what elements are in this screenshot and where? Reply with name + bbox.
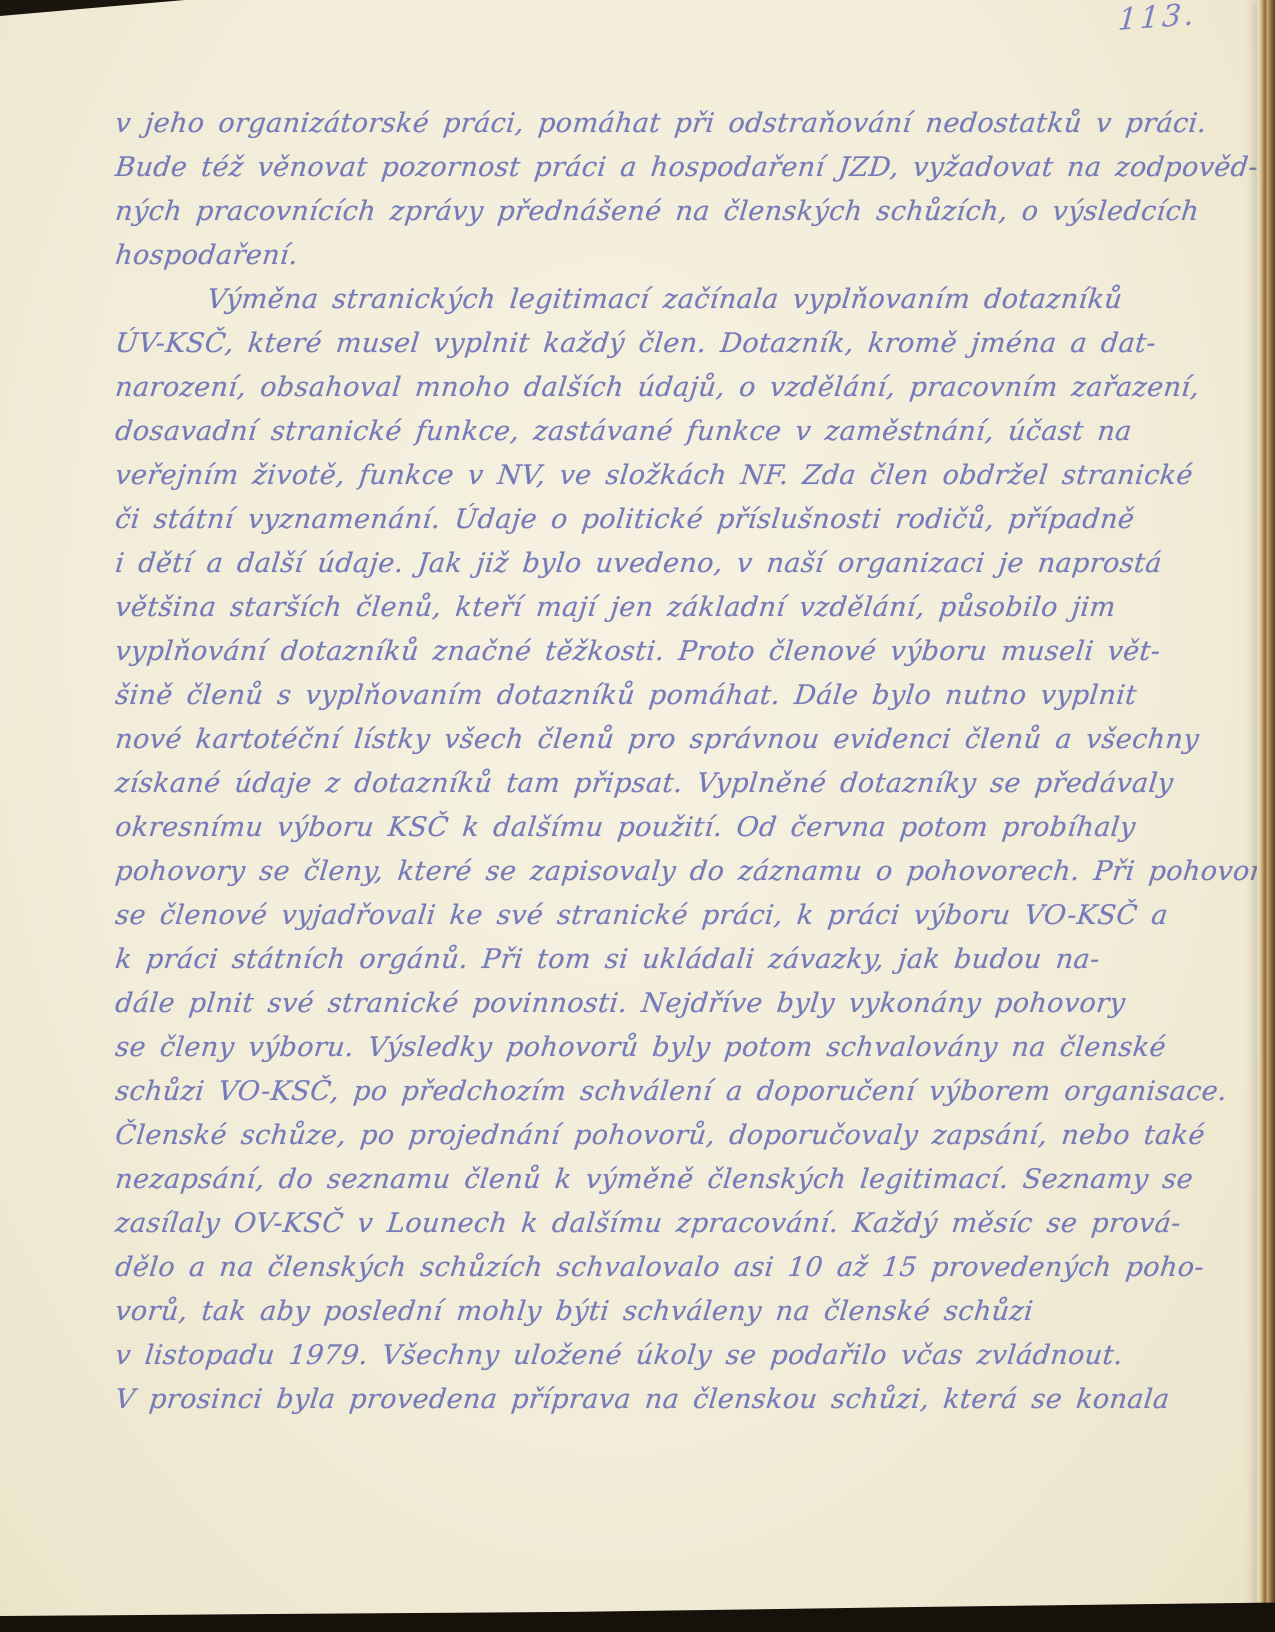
handwritten-line: i dětí a další údaje. Jak již bylo uvede… (113, 542, 1178, 586)
handwritten-line: zasílaly OV-KSČ v Lounech k dalšímu zpra… (113, 1202, 1178, 1246)
handwritten-line: schůzi VO-KSČ, po předchozím schválení a… (113, 1070, 1178, 1114)
handwritten-line: k práci státních orgánů. Při tom si uklá… (113, 938, 1178, 982)
scan-bottom-shadow (0, 1590, 1275, 1632)
handwritten-line: získané údaje z dotazníků tam připsat. V… (113, 762, 1178, 806)
handwritten-line: dělo a na členských schůzích schvalovalo… (113, 1246, 1178, 1290)
handwritten-line: nezapsání, do seznamu členů k výměně čle… (113, 1158, 1178, 1202)
handwritten-line: v jeho organizátorské práci, pomáhat při… (113, 102, 1178, 146)
handwritten-line: ných pracovnících zprávy přednášené na č… (113, 190, 1178, 234)
page-number: 113. (1117, 0, 1198, 38)
handwritten-line: V prosinci byla provedena příprava na čl… (113, 1378, 1178, 1422)
handwritten-line: veřejním životě, funkce v NV, ve složkác… (113, 454, 1178, 498)
book-page-edges (1257, 0, 1275, 1632)
handwritten-line: dále plnit své stranické povinnosti. Nej… (113, 982, 1178, 1026)
handwritten-line: nové kartotéční lístky všech členů pro s… (113, 718, 1178, 762)
scanned-page: 113. v jeho organizátorské práci, pomáha… (0, 0, 1275, 1632)
handwritten-line: se členové vyjadřovali ke své stranické … (113, 894, 1178, 938)
handwritten-line: či státní vyznamenání. Údaje o politické… (113, 498, 1178, 542)
handwritten-line: hospodaření. (113, 234, 1178, 278)
handwritten-line: se členy výboru. Výsledky pohovorů byly … (113, 1026, 1178, 1070)
handwritten-line: ÚV-KSČ, které musel vyplnit každý člen. … (113, 322, 1178, 366)
handwritten-line: Členské schůze, po projednání pohovorů, … (113, 1114, 1178, 1158)
paragraph: v jeho organizátorské práci, pomáhat při… (113, 102, 1173, 278)
handwritten-text-block: v jeho organizátorské práci, pomáhat při… (113, 102, 1173, 1422)
handwritten-line: vyplňování dotazníků značné těžkosti. Pr… (113, 630, 1178, 674)
scan-corner-shadow (0, 0, 185, 16)
handwritten-line: šině členů s vyplňovaním dotazníků pomáh… (113, 674, 1178, 718)
handwritten-line: Výměna stranických legitimací začínala v… (113, 278, 1178, 322)
handwritten-line: vorů, tak aby poslední mohly býti schvál… (113, 1290, 1178, 1334)
paragraph: Výměna stranických legitimací začínala v… (113, 278, 1173, 1422)
handwritten-line: narození, obsahoval mnoho dalších údajů,… (113, 366, 1178, 410)
handwritten-line: v listopadu 1979. Všechny uložené úkoly … (113, 1334, 1178, 1378)
handwritten-line: většina starších členů, kteří mají jen z… (113, 586, 1178, 630)
handwritten-line: okresnímu výboru KSČ k dalšímu použití. … (113, 806, 1178, 850)
handwritten-line: dosavadní stranické funkce, zastávané fu… (113, 410, 1178, 454)
handwritten-line: pohovory se členy, které se zapisovaly d… (113, 850, 1178, 894)
handwritten-line: Bude též věnovat pozornost práci a hospo… (113, 146, 1178, 190)
